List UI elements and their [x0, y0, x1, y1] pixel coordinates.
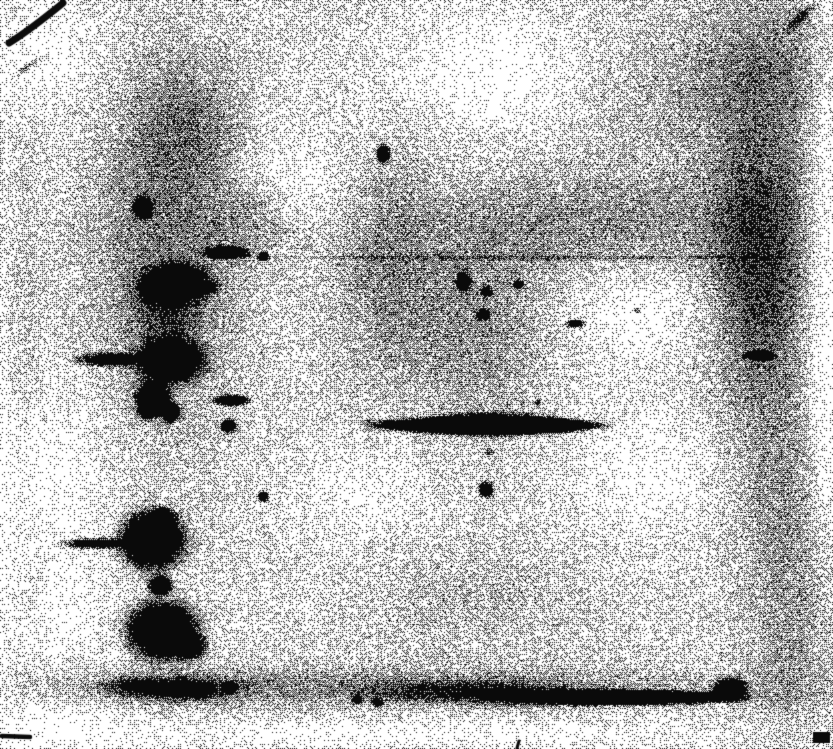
- gel-autoradiograph-image: [0, 0, 833, 749]
- scanned-gel-photo: [0, 0, 833, 749]
